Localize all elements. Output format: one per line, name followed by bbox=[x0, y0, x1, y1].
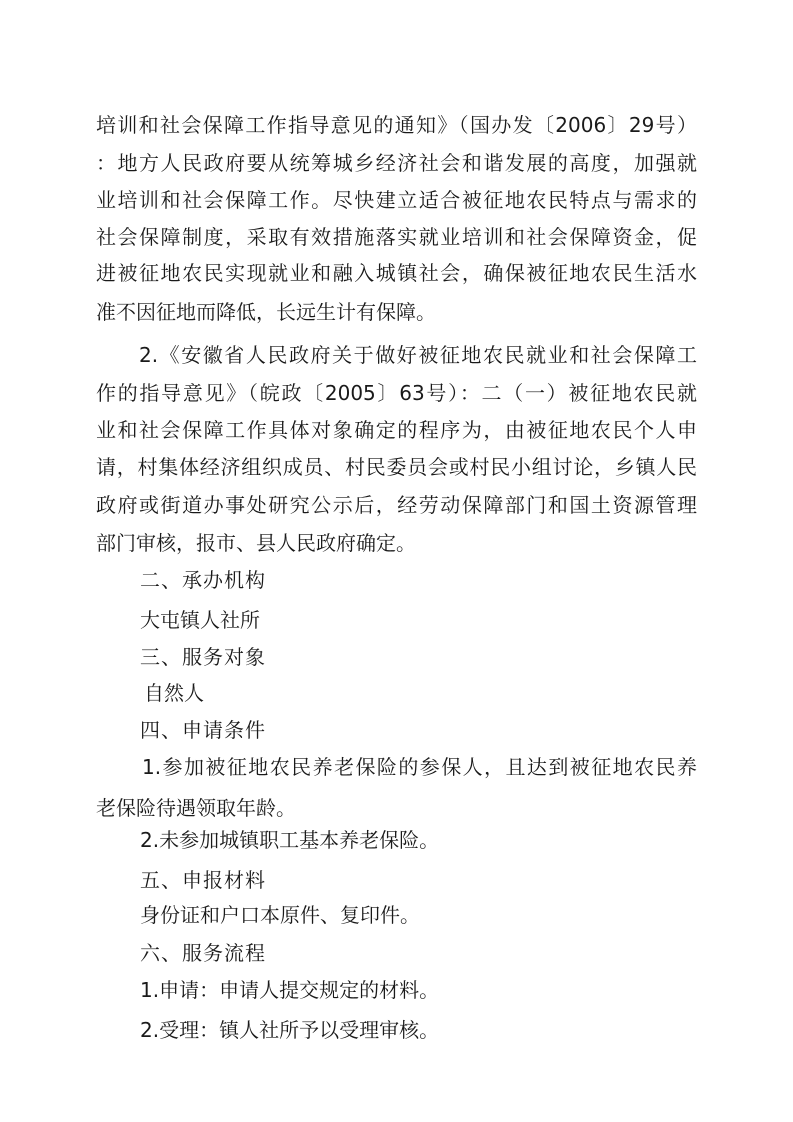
paragraph-line: 部门审核，报市、县人民政府确定。 bbox=[96, 530, 697, 556]
section-text: 2.未参加城镇职工基本养老保险。 bbox=[140, 827, 697, 853]
paragraph-line: 业培训和社会保障工作。尽快建立适合被征地农民特点与需求的 bbox=[96, 187, 697, 213]
paragraph-line: ：地方人民政府要从统筹城乡经济社会和谐发展的高度，加强就 bbox=[96, 150, 697, 176]
section-heading: 五、申报材料 bbox=[140, 867, 697, 893]
section-text: 大屯镇人社所 bbox=[140, 607, 697, 633]
paragraph-line: 请，村集体经济组织成员、村民委员会或村民小组讨论，乡镇人民 bbox=[96, 454, 697, 480]
paragraph-line: 2.《安徽省人民政府关于做好被征地农民就业和社会保障工 bbox=[139, 342, 697, 368]
paragraph-line: 培训和社会保障工作指导意见的通知》（国办发〔2006〕29号） bbox=[96, 112, 697, 138]
section-text: 身份证和户口本原件、复印件。 bbox=[140, 902, 697, 928]
paragraph-line: 准不因征地而降低，长远生计有保障。 bbox=[96, 299, 697, 325]
section-text: 1.参加被征地农民养老保险的参保人，且达到被征地农民养 bbox=[142, 754, 697, 780]
section-heading: 三、服务对象 bbox=[140, 644, 697, 670]
section-text: 1.申请：申请人提交规定的材料。 bbox=[140, 977, 697, 1003]
section-heading: 二、承办机构 bbox=[140, 567, 697, 593]
paragraph-line: 进被征地农民实现就业和融入城镇社会，确保被征地农民生活水 bbox=[96, 260, 697, 286]
document-page: 培训和社会保障工作指导意见的通知》（国办发〔2006〕29号） ：地方人民政府要… bbox=[0, 0, 793, 1122]
paragraph-line: 社会保障制度，采取有效措施落实就业培训和社会保障资金，促 bbox=[96, 224, 697, 250]
section-heading: 四、申请条件 bbox=[140, 717, 697, 743]
paragraph-line: 业和社会保障工作具体对象确定的程序为，由被征地农民个人申 bbox=[96, 417, 697, 443]
section-text: 老保险待遇领取年龄。 bbox=[96, 795, 697, 821]
paragraph-line: 政府或街道办事处研究公示后，经劳动保障部门和国土资源管理 bbox=[96, 492, 697, 518]
paragraph-line: 作的指导意见》（皖政〔2005〕63号）：二（一）被征地农民就 bbox=[96, 380, 697, 406]
section-text: 自然人 bbox=[144, 680, 697, 706]
section-heading: 六、服务流程 bbox=[140, 940, 697, 966]
section-text: 2.受理：镇人社所予以受理审核。 bbox=[140, 1017, 697, 1043]
